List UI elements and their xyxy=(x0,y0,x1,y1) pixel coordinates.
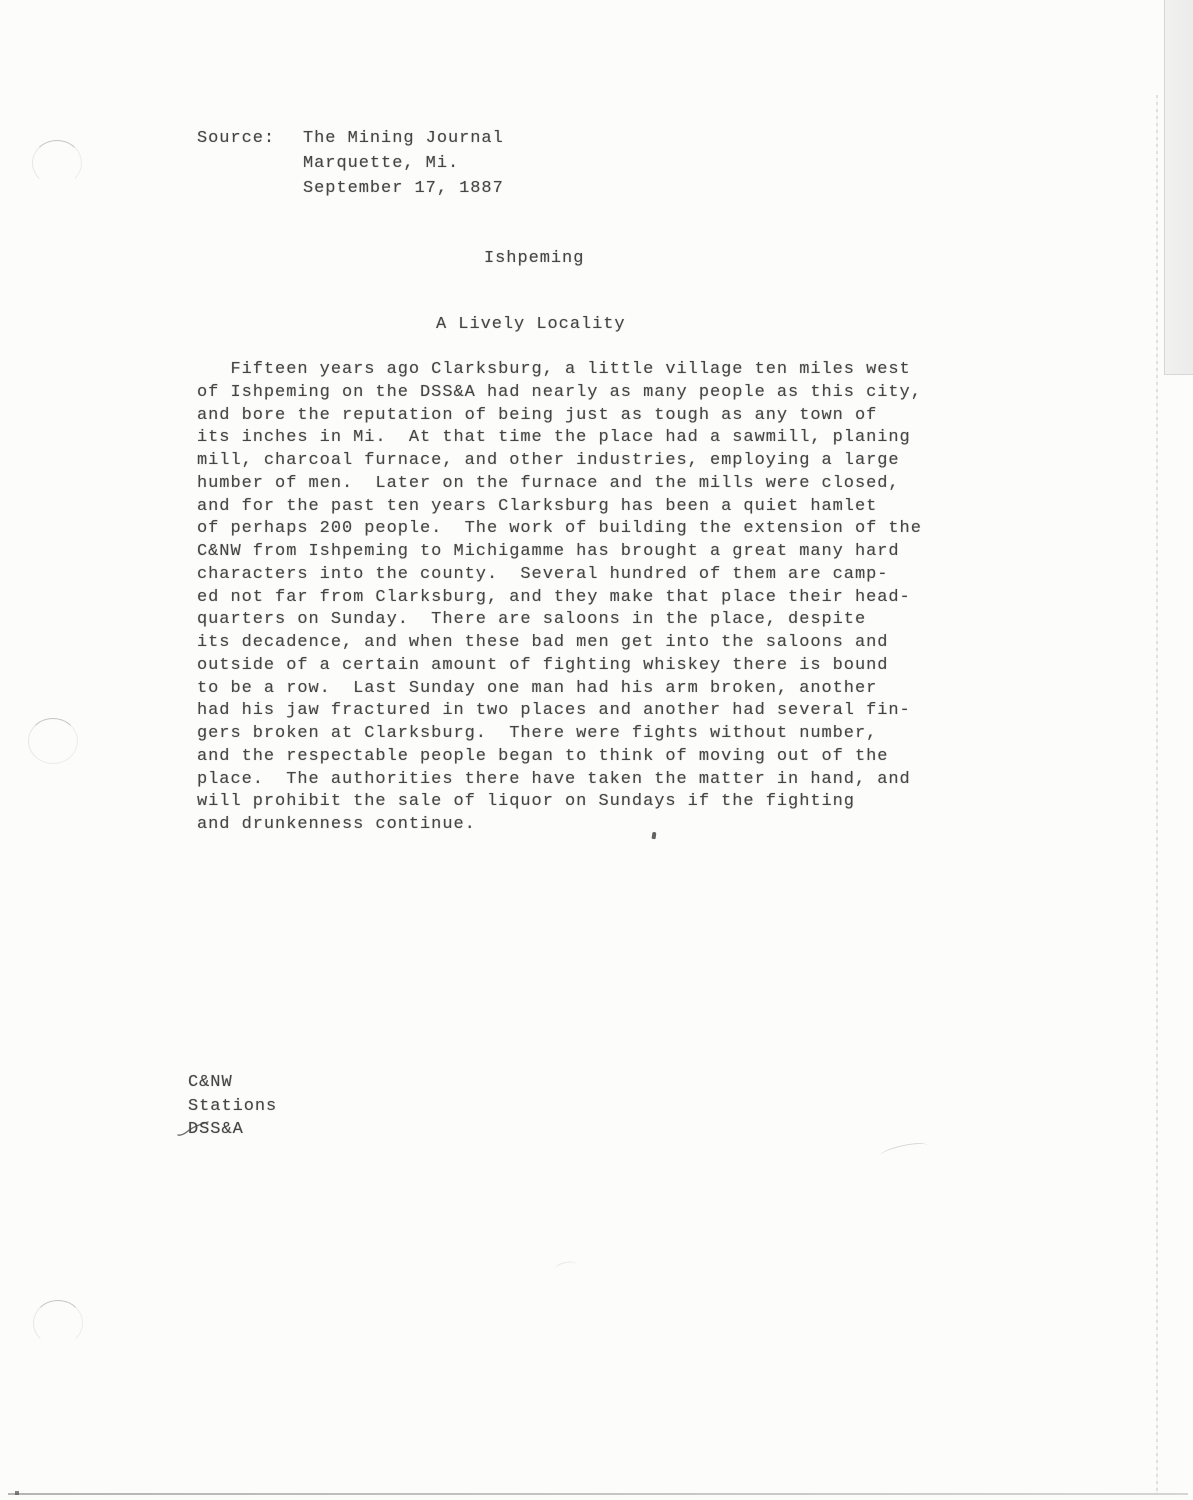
punch-hole-mark-middle xyxy=(28,718,78,764)
article-subtitle: A Lively Locality xyxy=(436,315,626,334)
source-publication: The Mining Journal xyxy=(303,126,504,151)
footnote-line-cnw: C&NW xyxy=(188,1071,277,1095)
source-label: Source: xyxy=(197,126,303,201)
scan-vertical-line xyxy=(1156,95,1158,1495)
page-title: Ishpeming xyxy=(484,249,584,268)
scan-edge-band xyxy=(1164,0,1193,375)
footnote-line-stations: Stations xyxy=(188,1095,277,1119)
pencil-smudge xyxy=(879,1140,928,1161)
handwritten-tick-mark xyxy=(176,1117,210,1137)
scan-corner-speck xyxy=(15,1491,19,1495)
punch-hole-mark-top xyxy=(32,140,82,186)
source-block: Source: The Mining Journal Marquette, Mi… xyxy=(197,126,504,201)
source-date: September 17, 1887 xyxy=(303,176,504,201)
source-location: Marquette, Mi. xyxy=(303,151,504,176)
scan-bottom-line xyxy=(8,1493,1188,1495)
ink-speck xyxy=(652,832,657,839)
faint-smudge xyxy=(554,1260,577,1273)
article-body: Fifteen years ago Clarksburg, a little v… xyxy=(197,359,967,837)
source-lines: The Mining Journal Marquette, Mi. Septem… xyxy=(303,126,504,201)
punch-hole-mark-bottom xyxy=(33,1300,83,1346)
document-page: Source: The Mining Journal Marquette, Mi… xyxy=(0,0,1193,1500)
